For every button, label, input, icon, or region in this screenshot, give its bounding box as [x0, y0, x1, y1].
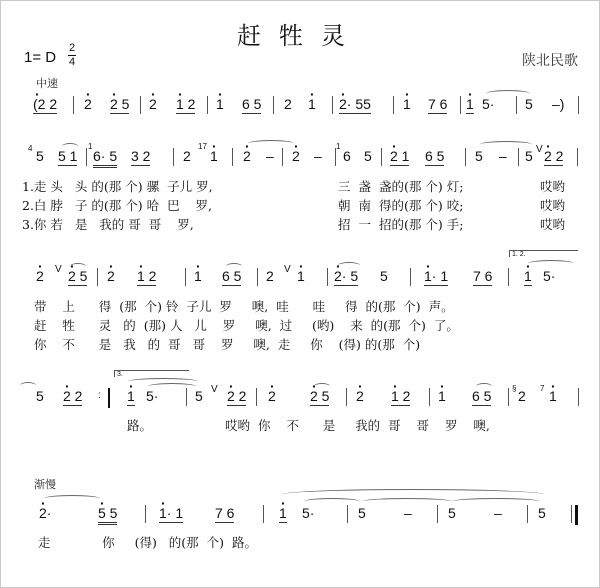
lyric-verse-3-c: 哎哟 [540, 215, 565, 233]
bar-line [346, 388, 347, 406]
note: 1 [308, 96, 316, 112]
note: 5· [482, 96, 494, 112]
note: 1 [194, 268, 202, 284]
note: 5 [195, 388, 203, 404]
note: 1 [438, 388, 446, 404]
grace-note: 4 [28, 144, 32, 153]
bar-line [86, 148, 87, 166]
breath-mark: V [284, 264, 291, 275]
bar-line [393, 96, 394, 114]
bar-line [577, 148, 578, 166]
lyric-verse-1: 带 上 得 (那 个) 铃 子儿 罗 噢, 哇 哇 得 的(那 个) 声。 [34, 297, 454, 315]
bar-line [437, 505, 438, 523]
bar-line [232, 148, 233, 166]
key-signature: 1= D [24, 49, 56, 66]
grace-note: 1 [336, 142, 340, 151]
note: 2 [36, 268, 44, 284]
note: 2 [183, 148, 191, 164]
bar-line [508, 388, 509, 406]
tie [480, 141, 532, 148]
tie [528, 260, 574, 267]
note: 1 2 [391, 388, 410, 406]
bar-line [508, 268, 509, 286]
bar-line [518, 148, 519, 166]
note: – [494, 505, 502, 521]
note: 5 [358, 505, 366, 521]
tie [304, 498, 360, 505]
note: 5 [538, 505, 546, 521]
note: 1 [210, 148, 218, 164]
bar-line [185, 268, 186, 286]
note: 2 [518, 388, 526, 404]
composer-label: 陕北民歌 [522, 50, 578, 70]
repeat-dots: : [98, 388, 101, 404]
note: 5 [448, 505, 456, 521]
lyric-line: 哎哟 你 不 是 我的 哥 哥 罗 噢, [225, 416, 490, 434]
note: 2 2 [227, 388, 246, 406]
note: – [499, 148, 507, 164]
tie [20, 382, 36, 389]
lyric-verse-2: 赶 牲 灵 的 (那) 人 儿 罗 噢, 过 (哟) 来 的(那 个) 了。 [34, 316, 459, 334]
lyric-verse-2-c: 哎哟 [540, 196, 565, 214]
note: 2 [268, 388, 276, 404]
note: 7 6 [473, 268, 492, 286]
note: 1 [297, 268, 305, 284]
note: 2 [84, 96, 92, 112]
bar-line [256, 388, 257, 406]
bar-line [257, 268, 258, 286]
grace-note: 17 [198, 142, 207, 151]
note: 7 6 [428, 96, 447, 114]
bar-line [145, 505, 146, 523]
bar-line [327, 268, 328, 286]
note: 2 5 [110, 96, 129, 114]
lyric-verse-1-c: 哎哟 [540, 177, 565, 195]
note: 6 5 [425, 148, 444, 166]
note: 2 2 [63, 388, 82, 406]
volta-bracket: 3. [114, 370, 189, 377]
note: 5 [525, 148, 533, 164]
note: – [266, 148, 274, 164]
bar-line [273, 96, 274, 114]
note: 2 [107, 268, 115, 284]
note: 2 [266, 268, 274, 284]
bar-line [97, 268, 98, 286]
note: 5 [36, 148, 44, 164]
note: 6 5 [222, 268, 241, 286]
note: 5 [475, 148, 483, 164]
note: 2 2 [544, 148, 563, 166]
note: 1 2 [176, 96, 195, 114]
bar-line [173, 148, 174, 166]
breath-mark: V [55, 264, 62, 275]
note: 1 [549, 388, 557, 404]
note: 2 [243, 148, 251, 164]
tempo-marking-ritardando: 渐慢 [34, 476, 56, 492]
lyric-verse-1-b: 三 盏 盏的(那 个) 灯; [338, 177, 463, 195]
note: 1 [403, 96, 411, 112]
tie [452, 498, 540, 505]
note: 2· [39, 505, 51, 521]
bar-line [460, 96, 461, 114]
bar-line [578, 388, 579, 406]
note: 1· 1 [424, 268, 448, 286]
bar-line [140, 96, 141, 114]
bar-line [207, 96, 208, 114]
note: 6 5 [472, 388, 491, 406]
note: 1 [127, 388, 135, 406]
grace-note: 1 [88, 142, 92, 151]
note: 5 [380, 268, 388, 284]
note: 3 2 [131, 148, 150, 166]
note: 2· 5 [334, 268, 358, 286]
note: (2 2 [33, 96, 57, 114]
bar-line [465, 148, 466, 166]
note: 5· [146, 388, 158, 404]
grace-note: 7 [540, 384, 544, 393]
note: 2 5 [68, 268, 87, 286]
grace-note: § [512, 384, 516, 393]
note: 6 [343, 148, 351, 164]
note: – [404, 505, 412, 521]
note: 1 [216, 96, 224, 112]
song-title: 赶牲灵 [0, 16, 600, 51]
note: 2 [149, 96, 157, 112]
lyric-verse-2: 2.白 脖 子 的(那 个) 哈 巴 罗, [22, 196, 212, 214]
bar-line [263, 505, 264, 523]
note: 5 5 [98, 505, 117, 525]
note: 5· [302, 505, 314, 521]
tie [44, 495, 100, 502]
lyric-verse-3: 你 不 是 我 的 哥 哥 罗 噢, 走 你 (得) 的(那 个) [34, 335, 420, 353]
final-bar-thin [571, 505, 572, 523]
repeat-end [108, 388, 110, 408]
note: 2 [292, 148, 300, 164]
bar-line [429, 388, 430, 406]
lyric-line: 走 你 (得) 的(那 个) 路。 [38, 533, 257, 551]
lyric-verse-1: 1.走 头 头 的(那 个) 骡 子儿 罗, [22, 177, 213, 195]
note: 5 [525, 96, 533, 112]
bar-line [578, 96, 579, 114]
note: 6· 5 [93, 148, 117, 168]
note: 1 [279, 505, 287, 523]
bar-line [347, 505, 348, 523]
tie [362, 498, 452, 505]
note: 7 6 [215, 505, 234, 523]
tie [486, 90, 530, 97]
note: 1 2 [137, 268, 156, 286]
lyric-verse-2-b: 朝 南 得的(那 个) 咬; [338, 196, 463, 214]
bar-line [332, 96, 333, 114]
bar-line [186, 388, 187, 406]
lyric-line: 路。 [127, 416, 152, 434]
note: 2 5 [310, 388, 329, 406]
breath-mark: V [536, 144, 543, 155]
breath-mark: V [211, 384, 218, 395]
bar-line [516, 96, 517, 114]
note: –) [552, 96, 564, 112]
bar-line [381, 148, 382, 166]
bar-line [73, 96, 74, 114]
bar-line [410, 268, 411, 286]
time-signature: 2 4 [68, 43, 76, 68]
note: 5 [364, 148, 372, 164]
note: 2· 55 [339, 96, 371, 114]
bar-line [527, 505, 528, 523]
note: 5· [543, 268, 555, 284]
note: – [314, 148, 322, 164]
volta-bracket: 1. 2. [509, 250, 578, 257]
note: 2 [284, 96, 292, 112]
note: 5 [36, 388, 44, 404]
bar-line [282, 148, 283, 166]
note: 1 [524, 268, 532, 286]
lyric-verse-3-b: 招 一 招的(那 个) 手; [338, 215, 463, 233]
note: 6 5 [242, 96, 261, 114]
note: 2 [356, 388, 364, 404]
note: 2 1 [390, 148, 409, 166]
final-bar-thick [575, 505, 578, 525]
note: 1· 1 [159, 505, 183, 523]
note: 1 [466, 96, 474, 114]
lyric-verse-3: 3.你 若 是 我的 哥 哥 罗, [22, 215, 194, 233]
tie [248, 140, 294, 147]
note: 5 1 [58, 148, 77, 166]
